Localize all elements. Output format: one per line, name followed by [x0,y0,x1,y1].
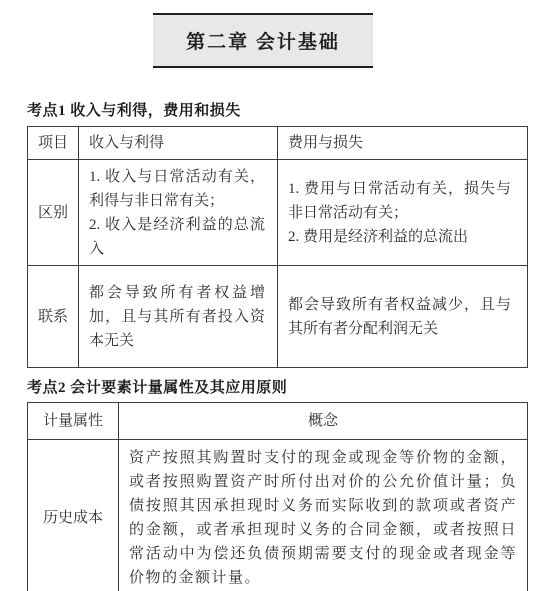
income-point-2: 2. 收入是经济利益的总流入 [89,213,265,261]
row-label-historical-cost: 历史成本 [28,440,119,591]
difference-expense-cell: 1. 费用与日常活动有关，损失与非日常活动有关； 2. 费用是经济利益的总流出 [278,160,528,266]
table-header-row: 项目 收入与利得 费用与损失 [28,127,528,160]
section-2-heading: 考点2 会计要素计量属性及其应用原则 [27,376,527,397]
row-label-connection: 联系 [28,266,79,368]
row-label-difference: 区别 [28,160,79,266]
expense-point-2: 2. 费用是经济利益的总流出 [288,225,511,249]
chapter-title-banner: 第二章 会计基础 [153,13,373,68]
difference-income-cell: 1. 收入与日常活动有关，利得与非日常有关； 2. 收入是经济利益的总流入 [79,160,278,266]
header-concept: 概念 [119,403,528,440]
table-row-historical-cost: 历史成本 资产按照其购置时支付的现金或现金等价物的金额，或者按照购置资产时所付出… [28,440,528,591]
income-expense-table: 项目 收入与利得 费用与损失 区别 1. 收入与日常活动有关，利得与非日常有关；… [27,126,528,368]
section-1-heading: 考点1 收入与利得，费用和损失 [27,99,527,120]
historical-cost-concept-cell: 资产按照其购置时支付的现金或现金等价物的金额，或者按照购置资产时所付出对价的公允… [119,440,528,591]
header-measurement-attribute: 计量属性 [28,403,119,440]
expense-point-1: 1. 费用与日常活动有关，损失与非日常活动有关； [288,177,511,225]
connection-expense-cell: 都会导致所有者权益减少，且与其所有者分配利润无关 [278,266,528,368]
table-row-difference: 区别 1. 收入与日常活动有关，利得与非日常有关； 2. 收入是经济利益的总流入… [28,160,528,266]
measurement-attribute-table: 计量属性 概念 历史成本 资产按照其购置时支付的现金或现金等价物的金额，或者按照… [27,402,528,591]
header-income-gains: 收入与利得 [79,127,278,160]
document-page: 第二章 会计基础 考点1 收入与利得，费用和损失 项目 收入与利得 费用与损失 … [0,0,550,591]
table-header-row: 计量属性 概念 [28,403,528,440]
connection-income-cell: 都会导致所有者权益增加，且与其所有者投入资本无关 [79,266,278,368]
income-point-1: 1. 收入与日常活动有关，利得与非日常有关； [89,165,265,213]
header-item: 项目 [28,127,79,160]
chapter-title: 第二章 会计基础 [186,27,340,54]
header-expense-loss: 费用与损失 [278,127,528,160]
table-row-connection: 联系 都会导致所有者权益增加，且与其所有者投入资本无关 都会导致所有者权益减少，… [28,266,528,368]
